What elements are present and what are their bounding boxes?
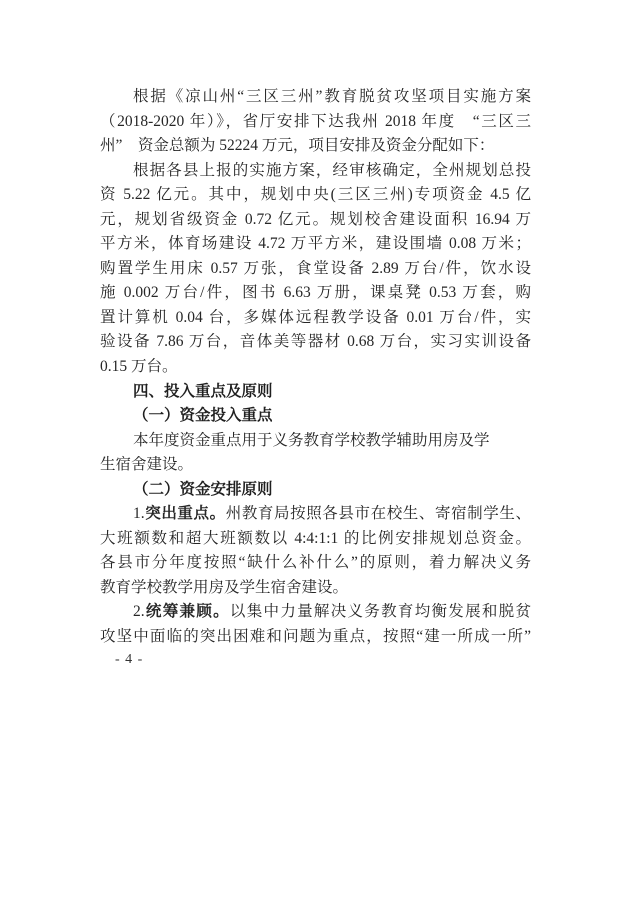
text-segment: 施 0.002 万台/件，图书 6.63 万册，课桌凳 0.53 万套，购 <box>100 284 531 301</box>
text-segment: 州” 资金总额为 52224 万元，项目安排及资金分配如下： <box>100 137 494 154</box>
text-segment: 各县市分年度按照“缺什么补什么”的原则，着力解决义务 <box>100 554 531 571</box>
text-segment: 0.15 万台。 <box>100 358 178 375</box>
text-segment: 元，规划省级资金 0.72 亿元。规划校舍建设面积 16.94 万 <box>100 211 531 228</box>
paragraph-principle-one-line: 1.突出重点。州教育局按照各县市在校生、寄宿制学生、 <box>100 502 531 527</box>
text-segment: 本年度资金重点用于义务教育学校教学辅助用房及学 <box>133 432 490 449</box>
text-segment: 平方米，体育场建设 4.72 万平方米，建设围墙 0.08 万米； <box>100 235 531 252</box>
text-segment: 根据各县上报的实施方案，经审核确定，全州规划总投 <box>133 162 531 179</box>
text-segment: 以集中力量解决义务教育均衡发展和脱贫 <box>230 603 531 620</box>
text-segment: 大班额数和超大班额数以 4:4:1:1 的比例安排规划总资金。 <box>100 530 531 547</box>
text-segment: 验设备 7.86 万台，音体美等器材 0.68 万台，实习实训设备 <box>100 333 531 350</box>
text-segment: 根据《凉山州“三区三州”教育脱贫攻坚项目实施方案 <box>133 88 531 105</box>
paragraph-funding-overview-line: 根据《凉山州“三区三州”教育脱贫攻坚项目实施方案 <box>100 85 531 110</box>
paragraph-planning-detail-line: 资 5.22 亿元。其中，规划中央(三区三州)专项资金 4.5 亿 <box>100 183 531 208</box>
paragraph-investment-focus-line: 本年度资金重点用于义务教育学校教学辅助用房及学 <box>100 429 531 454</box>
text-segment: 统筹兼顾。 <box>145 603 230 620</box>
paragraph-principle-one-line: 大班额数和超大班额数以 4:4:1:1 的比例安排规划总资金。 <box>100 527 531 552</box>
heading-sub-two-line: （二）资金安排原则 <box>100 478 531 503</box>
page-number: - 4 - <box>115 651 143 669</box>
text-segment: 教育学校教学用房及学生宿舍建设。 <box>100 579 348 596</box>
paragraph-planning-detail-line: 元，规划省级资金 0.72 亿元。规划校舍建设面积 16.94 万 <box>100 208 531 233</box>
paragraph-planning-detail-line: 根据各县上报的实施方案，经审核确定，全州规划总投 <box>100 159 531 184</box>
paragraph-principle-two-line: 2.统筹兼顾。以集中力量解决义务教育均衡发展和脱贫 <box>100 600 531 625</box>
text-segment: 生宿舍建设。 <box>100 456 193 473</box>
text-segment: 突出重点。 <box>145 505 226 522</box>
text-segment: （一）资金投入重点 <box>133 407 273 424</box>
paragraph-funding-overview-line: 州” 资金总额为 52224 万元，项目安排及资金分配如下： <box>100 134 531 159</box>
paragraph-planning-detail-line: 购置学生用床 0.57 万张，食堂设备 2.89 万台/件，饮水设 <box>100 257 531 282</box>
text-segment: 购置学生用床 0.57 万张，食堂设备 2.89 万台/件，饮水设 <box>100 260 531 277</box>
paragraph-principle-one-line: 教育学校教学用房及学生宿舍建设。 <box>100 576 531 601</box>
text-segment: 2. <box>133 603 145 620</box>
paragraph-funding-overview-line: （2018-2020 年）》，省厅安排下达我州 2018 年度 “三区三 <box>100 110 531 135</box>
paragraph-planning-detail-line: 0.15 万台。 <box>100 355 531 380</box>
paragraph-planning-detail-line: 验设备 7.86 万台，音体美等器材 0.68 万台，实习实训设备 <box>100 330 531 355</box>
document-page: 根据《凉山州“三区三州”教育脱贫攻坚项目实施方案（2018-2020 年）》，省… <box>0 0 634 898</box>
paragraph-planning-detail-line: 施 0.002 万台/件，图书 6.63 万册，课桌凳 0.53 万套，购 <box>100 281 531 306</box>
text-segment: 资 5.22 亿元。其中，规划中央(三区三州)专项资金 4.5 亿 <box>100 186 531 203</box>
text-segment: 攻坚中面临的突出困难和问题为重点，按照“建一所成一所” <box>100 628 531 645</box>
text-segment: 置计算机 0.04 台，多媒体远程教学设备 0.01 万台/件，实 <box>100 309 531 326</box>
heading-sub-one-line: （一）资金投入重点 <box>100 404 531 429</box>
text-segment: 州教育局按照各县市在校生、寄宿制学生、 <box>226 505 531 522</box>
document-body: 根据《凉山州“三区三州”教育脱贫攻坚项目实施方案（2018-2020 年）》，省… <box>100 85 531 650</box>
text-segment: 四、投入重点及原则 <box>133 383 273 400</box>
heading-section-four-line: 四、投入重点及原则 <box>100 380 531 405</box>
paragraph-principle-one-line: 各县市分年度按照“缺什么补什么”的原则，着力解决义务 <box>100 551 531 576</box>
text-segment: 1. <box>133 505 145 522</box>
text-segment: （二）资金安排原则 <box>133 481 273 498</box>
paragraph-principle-two-line: 攻坚中面临的突出困难和问题为重点，按照“建一所成一所” <box>100 625 531 650</box>
paragraph-planning-detail-line: 平方米，体育场建设 4.72 万平方米，建设围墙 0.08 万米； <box>100 232 531 257</box>
paragraph-investment-focus-line: 生宿舍建设。 <box>100 453 531 478</box>
text-segment: （2018-2020 年）》，省厅安排下达我州 2018 年度 “三区三 <box>100 113 531 130</box>
paragraph-planning-detail-line: 置计算机 0.04 台，多媒体远程教学设备 0.01 万台/件，实 <box>100 306 531 331</box>
